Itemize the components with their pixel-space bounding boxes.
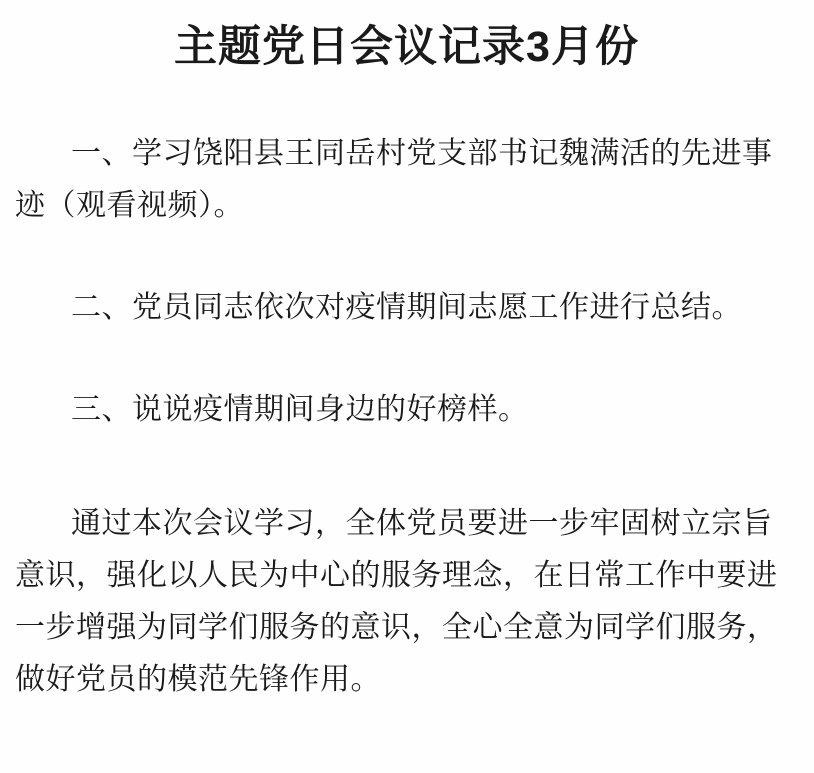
- paragraph-agenda-item-2: 二、党员同志依次对疫情期间志愿工作进行总结。: [15, 282, 784, 334]
- document-page: 主题党日会议记录3月份 一、学习饶阳县王同岳村党支部书记魏满活的先进事迹（观看视…: [0, 0, 814, 773]
- document-title: 主题党日会议记录3月份: [15, 18, 784, 76]
- paragraph-summary: 通过本次会议学习，全体党员要进一步牢固树立宗旨意识，强化以人民为中心的服务理念，…: [15, 498, 784, 706]
- paragraph-agenda-item-1: 一、学习饶阳县王同岳村党支部书记魏满活的先进事迹（观看视频）。: [15, 128, 784, 232]
- document-body: 一、学习饶阳县王同岳村党支部书记魏满活的先进事迹（观看视频）。 二、党员同志依次…: [15, 128, 784, 706]
- paragraph-agenda-item-3: 三、说说疫情期间身边的好榜样。: [15, 384, 784, 436]
